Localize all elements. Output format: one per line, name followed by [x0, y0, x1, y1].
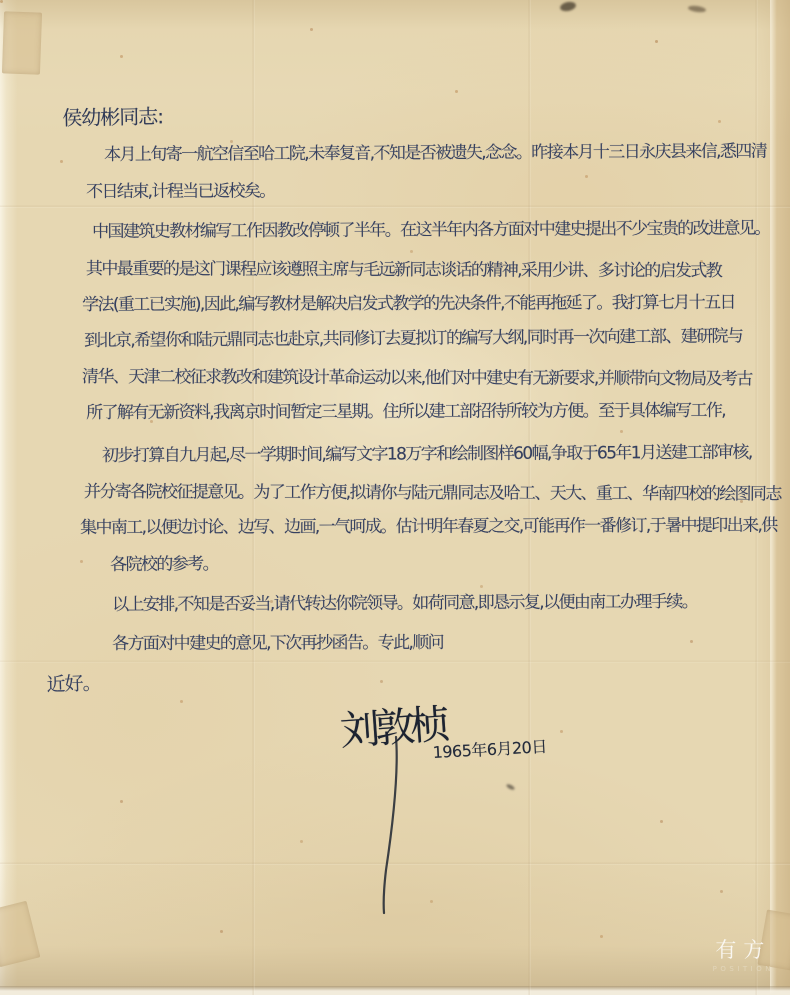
letter-closing: 近好。 [46, 668, 101, 697]
tape-patch [0, 901, 40, 967]
watermark-brand-text: 有方 [713, 934, 774, 964]
ink-smudge [559, 0, 577, 12]
fold-crease [0, 205, 790, 208]
watermark: 有方 POSITION [713, 934, 774, 973]
ink-smudge [688, 5, 707, 13]
foxing-spots [0, 0, 3, 3]
letter-line: 集中南工,以便边讨论、边写、边画,一气呵成。估计明年春夏之交,可能再作一番修订,… [80, 511, 777, 538]
letter-line: 到北京,希望你和陆元鼎同志也赴京,共同修订去夏拟订的编写大纲,同时再一次向建工部… [84, 321, 742, 351]
ink-smudge [506, 783, 516, 791]
letter-line: 其中最重要的是这门课程应该遵照主席与毛远新同志谈话的精神,采用少讲、多讨论的启发… [86, 254, 721, 281]
signature-flourish-stroke [372, 735, 412, 915]
letter-line: 以上安排,不知是否妥当,请代转达你院领导。如荷同意,即恳示复,以便由南工办理手续… [112, 587, 697, 615]
letter-line: 学法(重工已实施),因此,编写教材是解决启发式教学的先决条件,不能再拖延了。我打… [82, 288, 735, 315]
letter-line: 本月上旬寄一航空信至哈工院,未奉复音,不知是否被遗失,念念。昨接本月十三日永庆县… [104, 137, 766, 165]
letter-line: 不日结束,计程当已返校矣。 [86, 176, 275, 202]
letter-salutation: 侯幼彬同志: [62, 100, 163, 131]
letter-line: 中国建筑史教材编写工作因教改停顿了半年。在这半年内各方面对中建史提出不少宝贵的改… [92, 213, 770, 242]
letter-line: 所了解有无新资料,我离京时间暂定三星期。住所以建工部招待所较为方便。至于具体编写… [86, 396, 725, 423]
letter-line: 并分寄各院校征提意见。为了工作方便,拟请你与陆元鼎同志及哈工、天大、重工、华南四… [84, 477, 781, 504]
paper-bottom-edge [0, 986, 790, 995]
letter-line: 各院校的参考。 [110, 549, 218, 575]
letter-line: 初步打算自九月起,尽一学期时间,编写文字18万字和绘制图样60幅,争取于65年1… [102, 438, 752, 466]
scanned-letter-page: 侯幼彬同志: 本月上旬寄一航空信至哈工院,未奉复音,不知是否被遗失,念念。昨接本… [0, 0, 790, 995]
watermark-subtext: POSITION [713, 965, 774, 973]
letter-line: 各方面对中建史的意见,下次再抄函告。专此,顺问 [112, 628, 443, 654]
letter-line: 清华、天津二校征求教改和建筑设计革命运动以来,他们对中建史有无新要求,并顺带向文… [82, 362, 752, 389]
tape-patch [2, 11, 42, 74]
fold-crease [0, 660, 790, 663]
